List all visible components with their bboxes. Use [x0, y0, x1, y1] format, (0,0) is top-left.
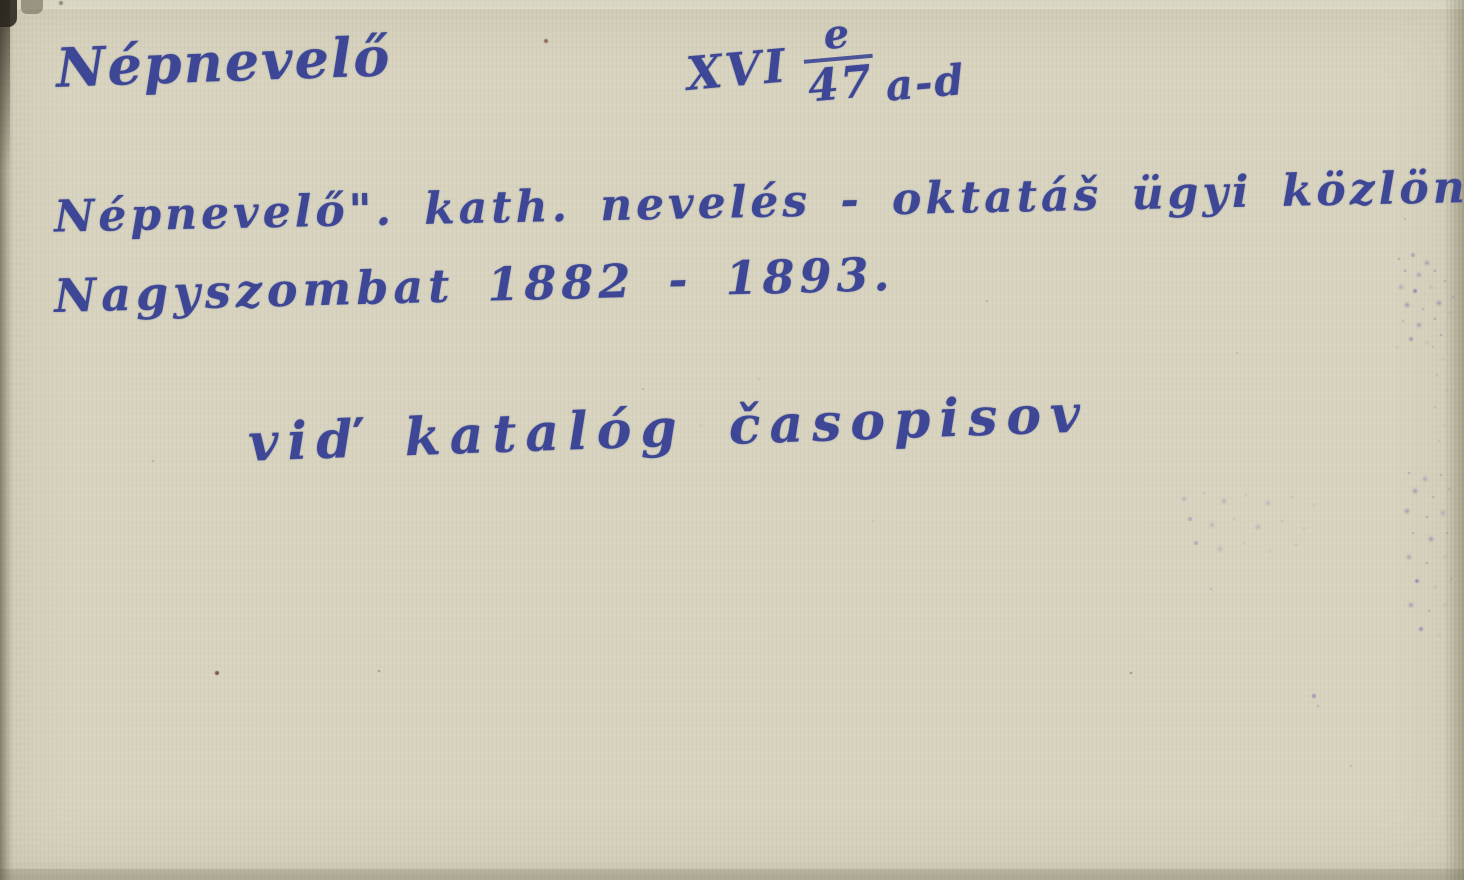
ink-blot [1370, 636, 1378, 644]
paper-flaw-specks [0, 0, 2, 2]
catalog-card: Népnevelő XVI e 47 a-d Népnevelő". kath.… [0, 0, 1464, 880]
call-number-suffix: a-d [884, 55, 968, 111]
ink-smudge-center-faint [1175, 488, 1177, 490]
title-line: Népnevelő". kath. nevelés - oktatáš ügyi… [54, 160, 1464, 242]
scan-corner-gray-artifact [21, 0, 43, 14]
reference-note: viď katalóg časopisov [247, 383, 1090, 473]
scan-corner-artifact [0, 0, 17, 27]
ink-smudge-right-lower [1398, 468, 1400, 470]
ink-smudge-right-edge-column [1428, 340, 1430, 342]
card-bottom-edge-shadow [0, 869, 1464, 880]
call-number: XVI e 47 a-d [683, 4, 967, 120]
call-number-fraction: e 47 [800, 12, 877, 110]
card-heading: Népnevelő [55, 24, 392, 100]
call-number-class: XVI [684, 38, 790, 101]
card-top-edge-highlight [0, 0, 1464, 9]
imprint-line: Nagyszombat 1882 - 1893. [53, 247, 895, 323]
ink-smudge-right-upper [1392, 252, 1394, 254]
call-number-denominator: 47 [806, 58, 875, 110]
card-right-edge-shading [1446, 0, 1464, 880]
